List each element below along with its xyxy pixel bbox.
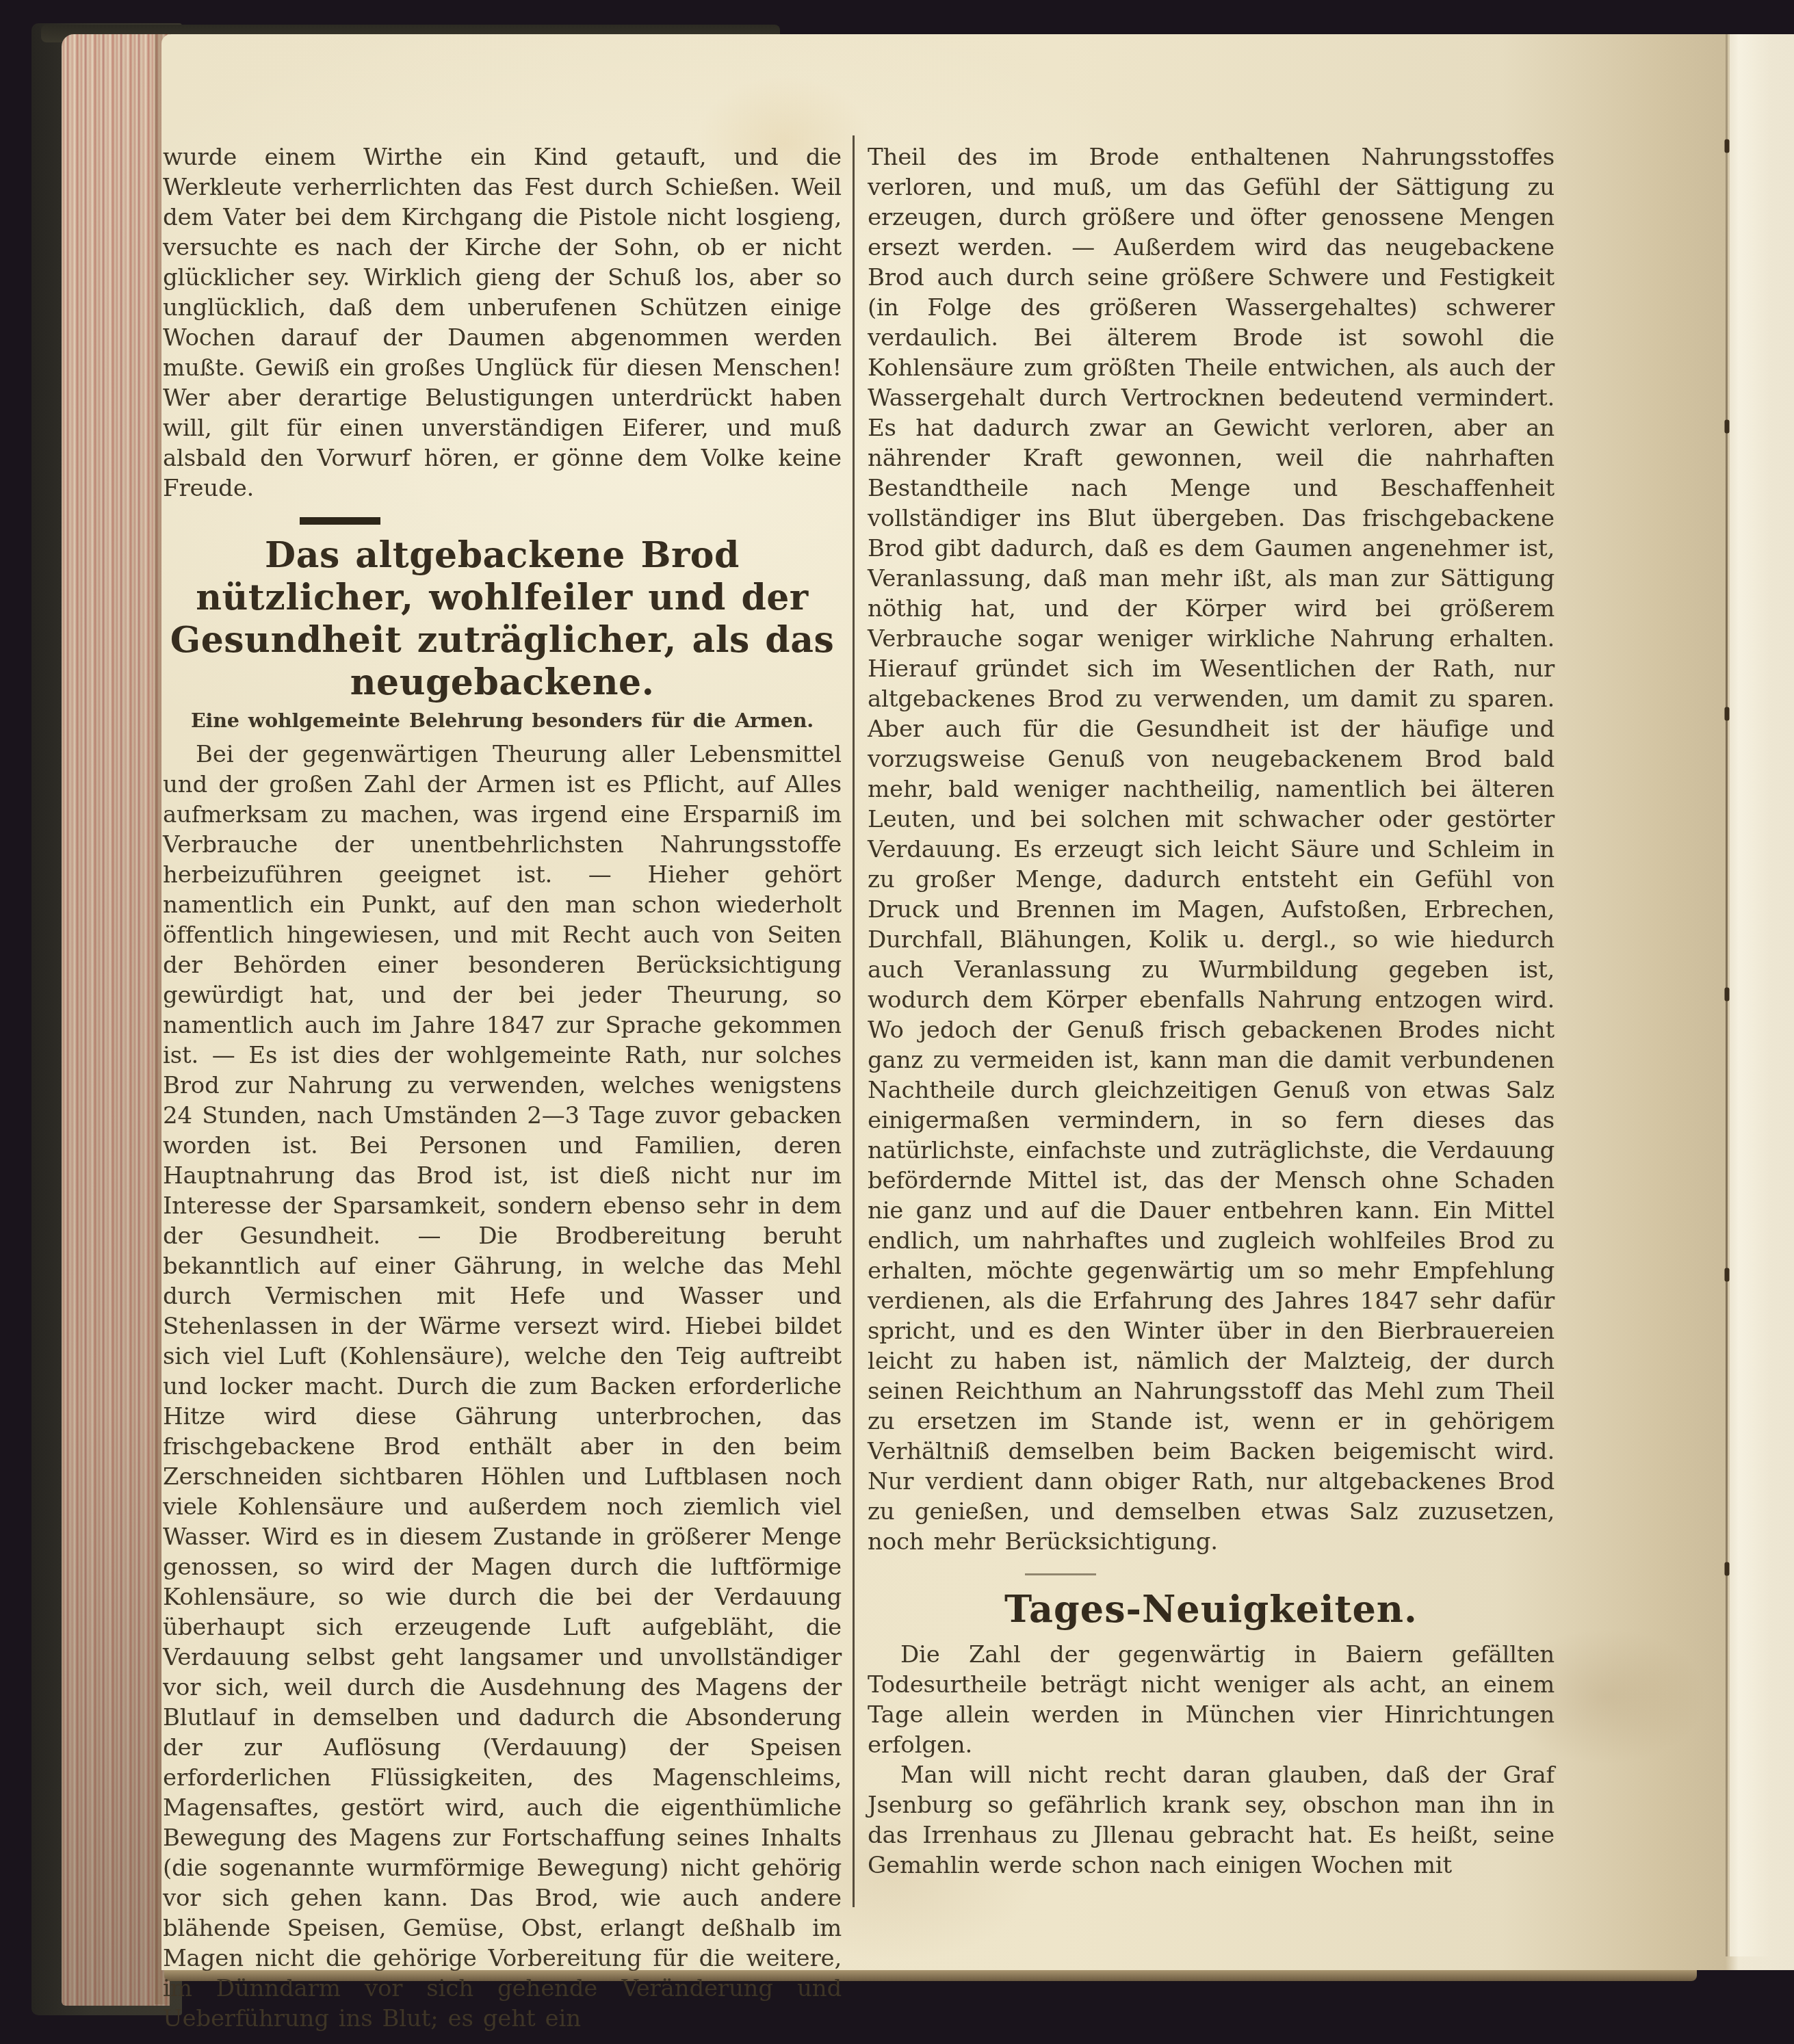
article-separator-rule bbox=[300, 517, 380, 525]
news-item: Man will nicht recht daran glauben, daß … bbox=[868, 1760, 1555, 1881]
gutter-highlight bbox=[1730, 34, 1771, 1956]
page-stack-fore-edge bbox=[62, 34, 170, 2006]
news-item: Die Zahl der gegenwärtig in Baiern gefäl… bbox=[868, 1640, 1555, 1760]
continuation-paragraph: wurde einem Wirthe ein Kind getauft, und… bbox=[163, 142, 842, 503]
binding-stitch bbox=[1725, 420, 1730, 434]
binding-stitch bbox=[1725, 1562, 1730, 1576]
binding-stitch bbox=[1725, 988, 1730, 1001]
right-column: Theil des im Brode enthaltenen Nahrungss… bbox=[868, 142, 1555, 1881]
article-subtitle: Eine wohlgemeinte Belehrung besonders fü… bbox=[163, 708, 842, 733]
news-section-heading: Tages-Neuigkeiten. bbox=[868, 1588, 1555, 1630]
binding-stitch bbox=[1725, 1268, 1730, 1282]
left-column: wurde einem Wirthe ein Kind getauft, und… bbox=[163, 142, 842, 2034]
binding-stitch bbox=[1725, 140, 1730, 153]
article-body: Bei der gegenwärtigen Theurung aller Leb… bbox=[163, 739, 842, 2034]
article-headline: Das altgebackene Brod nützlicher, wohlfe… bbox=[163, 534, 842, 704]
column-divider-rule bbox=[853, 135, 855, 1907]
binding-stitch bbox=[1725, 707, 1730, 721]
article-body-continuation: Theil des im Brode enthaltenen Nahrungss… bbox=[868, 142, 1555, 1557]
book-photo-background: wurde einem Wirthe ein Kind getauft, und… bbox=[0, 0, 1794, 2044]
news-separator-rule bbox=[1025, 1573, 1096, 1575]
